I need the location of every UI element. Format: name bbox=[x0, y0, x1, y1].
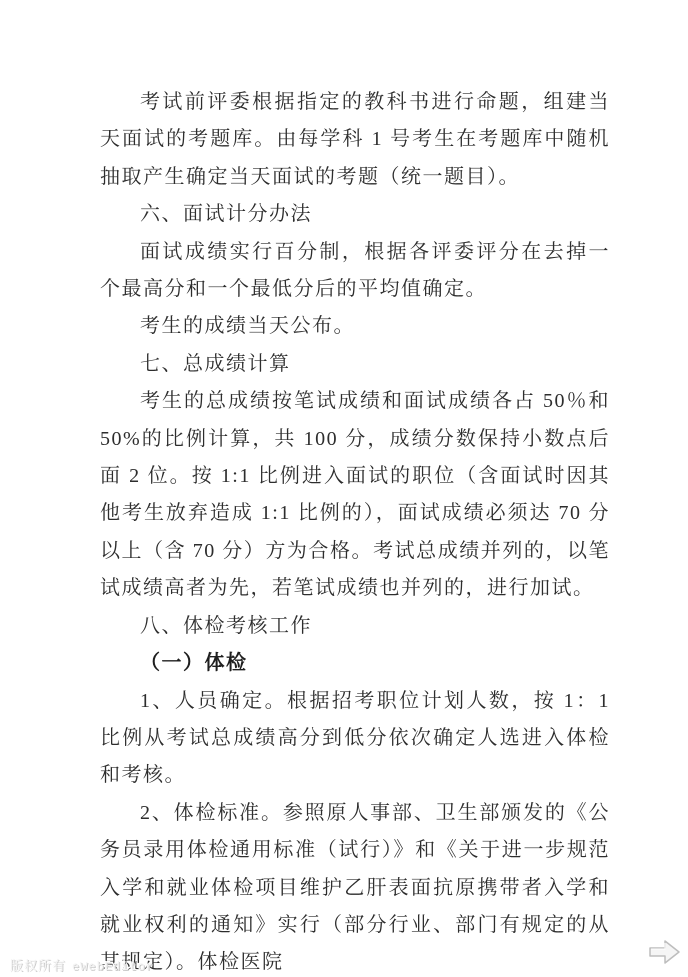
document-body: 考试前评委根据指定的教科书进行命题，组建当天面试的考题库。由每学科 1 号考生在… bbox=[100, 84, 610, 977]
paragraph: 考试前评委根据指定的教科书进行命题，组建当天面试的考题库。由每学科 1 号考生在… bbox=[100, 84, 610, 196]
paragraph: 1、人员确定。根据招考职位计划人数，按 1：1 比例从考试总成绩高分到低分依次确… bbox=[100, 683, 610, 795]
paragraph: 考生的成绩当天公布。 bbox=[100, 308, 610, 345]
copyright-label: 版权所有 bbox=[10, 958, 66, 973]
editor-name-label: eWebEditor bbox=[72, 960, 154, 974]
paragraph: 2、体检标准。参照原人事部、卫生部颁发的《公务员录用体检通用标准（试行）》和《关… bbox=[100, 795, 610, 977]
subsection-heading-physical-exam: （一）体检 bbox=[100, 645, 610, 682]
paragraph: 面试成绩实行百分制，根据各评委评分在去掉一个最高分和一个最低分后的平均值确定。 bbox=[100, 234, 610, 309]
paragraph: 考生的总成绩按笔试成绩和面试成绩各占 50％和 50%的比例计算，共 100 分… bbox=[100, 383, 610, 607]
document-page: 考试前评委根据指定的教科书进行命题，组建当天面试的考题库。由每学科 1 号考生在… bbox=[0, 0, 688, 977]
section-heading-7: 七、总成绩计算 bbox=[100, 346, 610, 383]
next-page-arrow-icon[interactable] bbox=[648, 937, 682, 967]
watermark: 版权所有eWebEditor bbox=[10, 955, 154, 974]
section-heading-6: 六、面试计分办法 bbox=[100, 196, 610, 233]
section-heading-8: 八、体检考核工作 bbox=[100, 608, 610, 645]
